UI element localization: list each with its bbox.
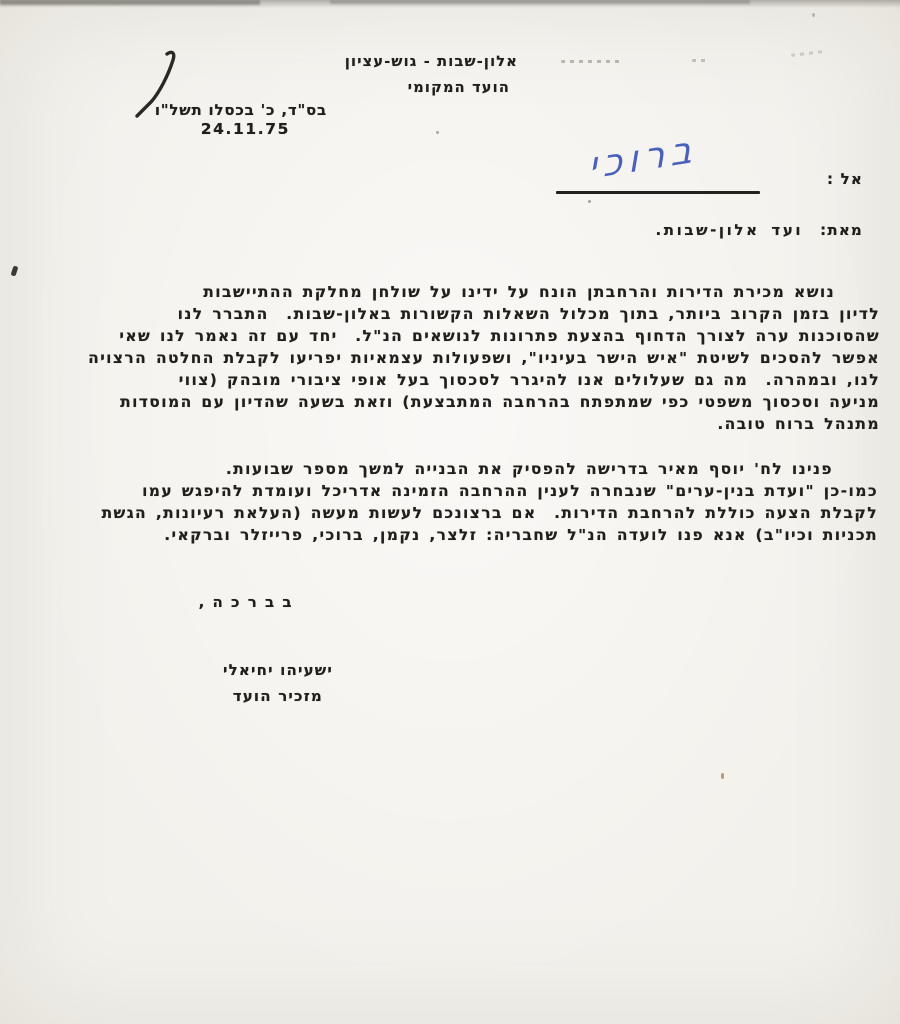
scan-edge-smudge — [0, 0, 260, 5]
body-line: לנו, ובמהרה. מה גם שעלולים אנו להיגרר לס… — [88, 369, 880, 391]
body-line: תכניות וכיו"ב) אנא פנו לועדה הנ"ל שחבריה… — [102, 524, 878, 546]
body-line: לקבלת הצעה כוללת להרחבת הדירות. אם ברצונ… — [102, 502, 878, 524]
from-value: ועד אלון-שבות. — [655, 221, 803, 239]
body-line: מתנהל ברוח טובה. — [88, 413, 880, 435]
stray-ink-mark — [11, 265, 19, 276]
body-paragraph-2: פנינו לח' יוסף מאיר בדרישה להפסיק את הבנ… — [102, 458, 878, 546]
recipient-underline — [556, 191, 760, 194]
scan-speck — [436, 131, 439, 134]
signer-name: ישעיהו יחיאלי — [223, 661, 333, 679]
from-row: מאת: ועד אלון-שבות. — [655, 221, 863, 239]
body-line: מניעה וסכסוך משפטי כפי שמתפתח בהרחבה המת… — [88, 391, 880, 413]
to-label: אל : — [827, 170, 863, 188]
scan-edge-smudge — [330, 0, 750, 4]
scan-speck — [812, 13, 815, 17]
scan-speck — [588, 200, 591, 203]
pencil-marks — [692, 59, 710, 62]
body-line: שהסוכנות ערה לצורך הדחוף בהצעת פתרונות ל… — [88, 325, 880, 347]
body-line: פנינו לח' יוסף מאיר בדרישה להפסיק את הבנ… — [102, 458, 833, 480]
closing-salutation: ב ב ר כ ה , — [199, 593, 293, 611]
scan-speck — [721, 773, 724, 779]
scanned-letter-page: אלון-שבות - גוש-עציון הועד המקומי בס"ד, … — [0, 0, 900, 1024]
body-line: לדיון בזמן הקרוב ביותר, בתוך מכלול השאלו… — [88, 303, 880, 325]
from-label: מאת: — [820, 221, 863, 239]
pen-checkmark-icon — [128, 46, 188, 126]
pencil-marks — [791, 50, 823, 57]
civil-date: 24.11.75 — [201, 120, 290, 138]
body-line: אפשר להסכים לשיטת "איש הישר בעיניו", ושפ… — [88, 347, 880, 369]
org-name: אלון-שבות - גוש-עציון — [345, 54, 518, 70]
body-line: כמו-כן "ועדת בנין-ערים" שנבחרה לענין ההר… — [102, 480, 878, 502]
pencil-marks — [561, 60, 623, 63]
committee-subtitle: הועד המקומי — [408, 80, 510, 96]
handwritten-recipient: ברוכי — [588, 127, 698, 188]
signer-title: מזכיר הועד — [233, 687, 323, 705]
body-line: נושא מכירת הדירות והרחבתן הונח על ידינו … — [88, 281, 835, 303]
body-paragraph-1: נושא מכירת הדירות והרחבתן הונח על ידינו … — [88, 281, 880, 435]
